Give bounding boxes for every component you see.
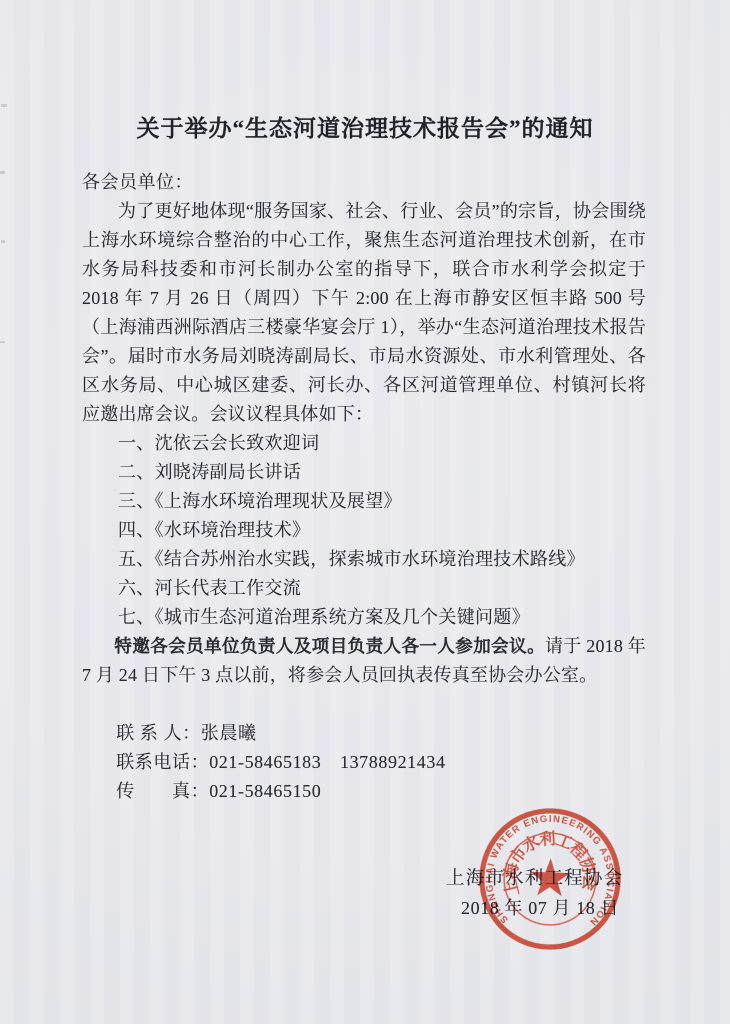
scanned-notice-page: 关于举办“生态河道治理技术报告会”的通知 各会员单位： 为了更好地体现“服务国家…	[0, 0, 730, 1024]
scan-speck	[1, 240, 5, 243]
scan-speck	[1, 104, 7, 107]
closing-bold-sentence: 特邀各会员单位负责人及项目负责人各一人参加会议。	[114, 636, 545, 656]
agenda-item-7: 七、《城市生态河道治理系统方案及几个关键问题》	[82, 603, 646, 632]
salutation: 各会员单位：	[82, 168, 646, 197]
contact-fax-label: 传 真：	[116, 781, 209, 801]
agenda-item-1: 一、沈依云会长致欢迎词	[82, 429, 646, 458]
scan-speck	[0, 341, 5, 343]
seal-graphic: SHANGHAI WATER ENGINEERING ASSOCIATION 上…	[473, 802, 626, 955]
contact-fax-line: 传 真：021-58465150	[116, 777, 646, 806]
agenda-item-6: 六、河长代表工作交流	[82, 574, 646, 603]
contact-person-value: 张晨曦	[201, 723, 257, 743]
notice-title: 关于举办“生态河道治理技术报告会”的通知	[0, 110, 730, 143]
contact-phone-value: 021-58465183 13788921434	[209, 752, 445, 772]
contact-person-label: 联 系 人：	[116, 723, 201, 743]
contact-phone-label: 联系电话：	[116, 752, 209, 772]
agenda-item-3: 三、《上海水环境治理现状及展望》	[82, 487, 646, 516]
scan-speck	[0, 171, 5, 174]
closing-paragraph: 特邀各会员单位负责人及项目负责人各一人参加会议。请于 2018 年 7 月 24…	[82, 632, 646, 690]
notice-body: 各会员单位： 为了更好地体现“服务国家、社会、行业、会员”的宗旨，协会围绕上海水…	[82, 168, 646, 806]
agenda-list: 一、沈依云会长致欢迎词 二、刘晓涛副局长讲话 三、《上海水环境治理现状及展望》 …	[82, 429, 646, 632]
contact-phone-line: 联系电话：021-58465183 13788921434	[116, 748, 646, 777]
contact-fax-value: 021-58465150	[209, 781, 321, 801]
agenda-item-2: 二、刘晓涛副局长讲话	[82, 458, 646, 487]
seal-star-icon	[530, 858, 571, 897]
agenda-item-5: 五、《结合苏州治水实践，探索城市水环境治理技术路线》	[82, 545, 646, 574]
official-seal-stamp: SHANGHAI WATER ENGINEERING ASSOCIATION 上…	[473, 802, 626, 955]
intro-paragraph: 为了更好地体现“服务国家、社会、行业、会员”的宗旨，协会围绕上海水环境综合整治的…	[82, 197, 646, 429]
contact-block: 联 系 人：张晨曦 联系电话：021-58465183 13788921434 …	[82, 719, 646, 806]
agenda-item-4: 四、《水环境治理技术》	[82, 516, 646, 545]
contact-person-line: 联 系 人：张晨曦	[116, 719, 646, 748]
